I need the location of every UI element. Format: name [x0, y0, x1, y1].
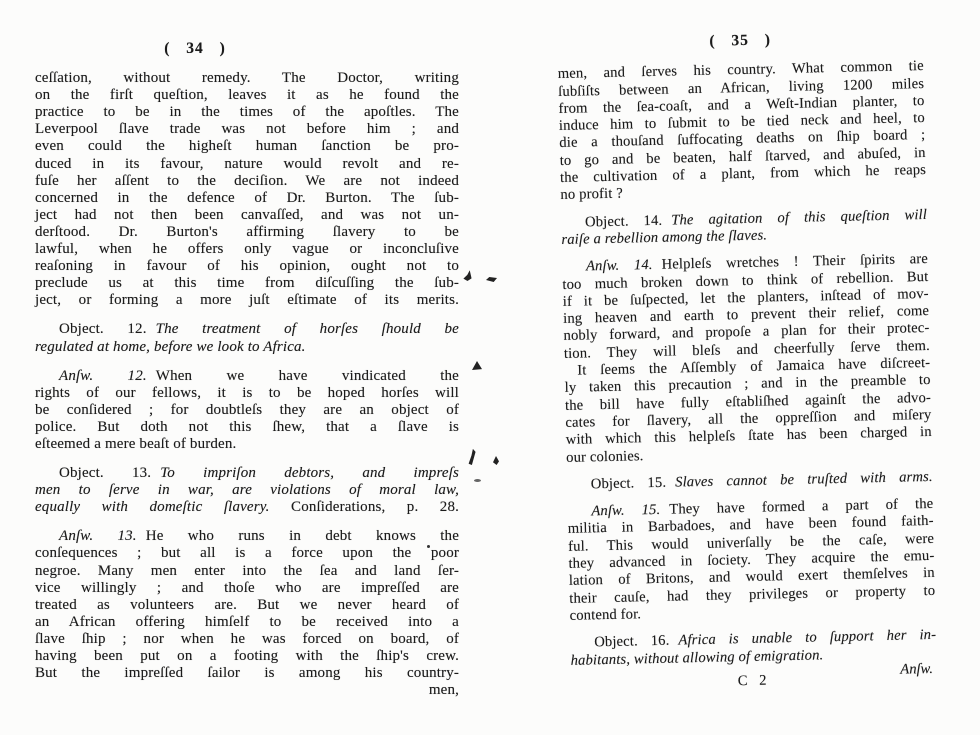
- text-line: regulated at home, before we look to Afr…: [35, 339, 459, 356]
- answer-15: Anſw. 15.They have formed a part of them…: [567, 496, 936, 625]
- text-line: be conſidered ; for doubtleſs they are a…: [35, 402, 459, 419]
- answer-14: Anſw. 14.Helpleſs wretches ! Their ſpiri…: [562, 251, 932, 466]
- text-line: duced in its favour, nature would revolt…: [35, 156, 459, 173]
- ink-speck: [472, 361, 482, 370]
- book-spread-scan: ( 34 ) ceſſation, without remedy. The Do…: [0, 0, 980, 735]
- answer-12: Anſw. 12.When we have vindicated therigh…: [35, 368, 459, 453]
- signature-mark: C 2: [571, 669, 937, 694]
- page-number-header-35: ( 35 ): [557, 28, 923, 53]
- text-line: practice to be in the times of the apoſt…: [35, 104, 459, 121]
- objection-15: Object. 15.Slaves cannot be truſted with…: [567, 469, 933, 494]
- objection-16: Object. 16.Africa is unable to ſupport h…: [570, 627, 937, 670]
- text-line: on the firſt queſtion, leaves it as he f…: [35, 87, 459, 104]
- page-35: ( 35 ) men, and ſerves his country. What…: [557, 28, 937, 692]
- text-line: treated as volunteers are. But we never …: [35, 597, 459, 614]
- text-line: Object. 15.Slaves cannot be truſted with…: [567, 469, 933, 494]
- text-line: concerned in the defence of Dr. Burton. …: [35, 190, 459, 207]
- text-line: Object. 12.The treatment of horſes ſhoul…: [35, 321, 459, 338]
- text-line: rights of our fellows, it is to be hoped…: [35, 385, 459, 402]
- opening-paragraph-p35: men, and ſerves his country. What common…: [558, 58, 927, 204]
- text-line: vice willingly ; and thoſe who are impre…: [35, 580, 459, 597]
- text-line: men to ſerve in war, are violations of m…: [35, 482, 459, 499]
- page-number-header-34: ( 34 ): [0, 40, 407, 57]
- text-line: even could the higheſt human ſanction be…: [35, 138, 459, 155]
- text-line: lawful, when he offers only vague or inc…: [35, 241, 459, 258]
- text-line: conſequences ; but all is a force upon t…: [35, 545, 459, 562]
- text-line: ſlave ſhip ; nor when he was forced on b…: [35, 631, 459, 648]
- text-line: equally with domeſtic ſlavery. Conſidera…: [35, 499, 459, 516]
- ink-speck: [474, 479, 481, 482]
- text-line: ceſſation, without remedy. The Doctor, w…: [35, 70, 459, 87]
- text-line: But the impreſſed ſailor is among his co…: [35, 665, 459, 682]
- text-line: ject, or forming a more juſt eſtimate of…: [35, 292, 459, 309]
- ink-speck: [486, 277, 497, 282]
- catchword: Anſw.: [900, 661, 933, 679]
- ink-speck: [463, 269, 473, 281]
- text-line: derſtood. Dr. Burton's affirming ſlavery…: [35, 224, 459, 241]
- answer-13: Anſw. 13.He who runs in debt knows theco…: [35, 528, 459, 699]
- text-line: men,: [35, 682, 459, 699]
- text-line: eſteemed a mere beaſt of burden.: [35, 436, 459, 453]
- ink-speck: [467, 449, 476, 466]
- text-line: Leverpool ſlave trade was not before him…: [35, 121, 459, 138]
- text-line: Anſw. 13.He who runs in debt knows the: [35, 528, 459, 545]
- text-line: reaſoning in favour of his opinion, ough…: [35, 258, 459, 275]
- text-line: preclude us at this time from diſcuſſing…: [35, 275, 459, 292]
- text-line: Anſw. 12.When we have vindicated the: [35, 368, 459, 385]
- text-line: fuſe her aſſent to the deciſion. We are …: [35, 173, 459, 190]
- objection-14: Object. 14.The agitation of this queſtio…: [561, 207, 928, 250]
- text-line: ject had not then been canvaſſed, and wa…: [35, 207, 459, 224]
- opening-paragraph-p34: ceſſation, without remedy. The Doctor, w…: [35, 70, 459, 309]
- objection-12: Object. 12.The treatment of horſes ſhoul…: [35, 321, 459, 355]
- text-line: having been put on a footing with the ſh…: [35, 648, 459, 665]
- objection-13: Object. 13.To impriſon debtors, and impr…: [35, 465, 459, 516]
- text-line: police. But doth not this ſhew, that a ſ…: [35, 419, 459, 436]
- text-line: Object. 13.To impriſon debtors, and impr…: [35, 465, 459, 482]
- text-line: an African offering himſelf to be receiv…: [35, 614, 459, 631]
- ink-speck: [427, 545, 430, 548]
- text-line: negroe. Many men enter into the ſea and …: [35, 563, 459, 580]
- ink-speck: [493, 456, 499, 465]
- page-34: ( 34 ) ceſſation, without remedy. The Do…: [35, 40, 459, 699]
